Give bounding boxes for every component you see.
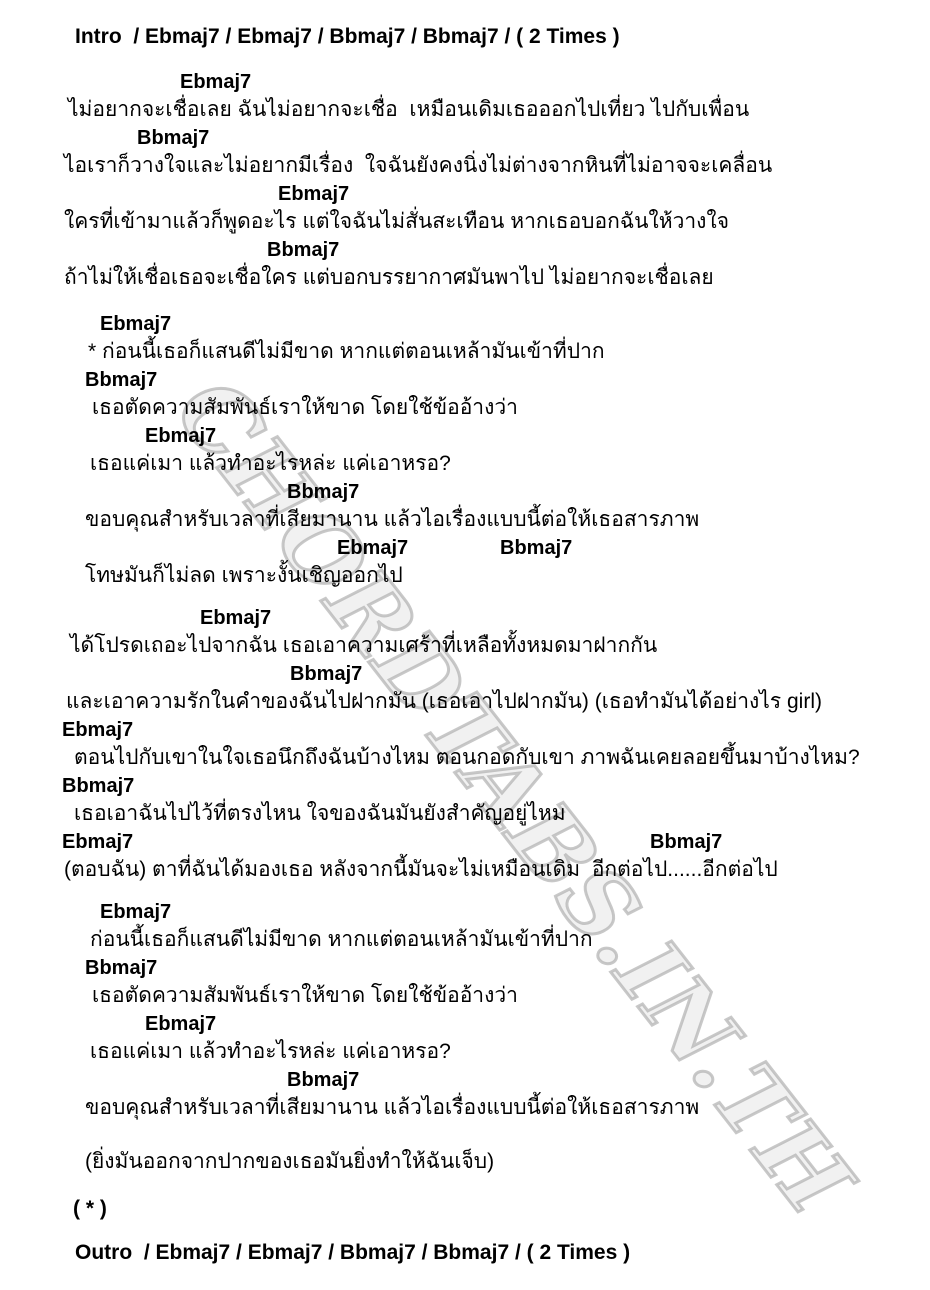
- lyric-line: ตอนไปกับเขาในใจเธอนึกถึงฉันบ้างไหม ตอนกอ…: [74, 744, 930, 772]
- lyric-line: (ตอบฉัน) ตาที่ฉันได้มองเธอ หลังจากนี้มัน…: [64, 856, 930, 884]
- lyric-line: ถ้าไม่ให้เชื่อเธอจะเชื่อใคร แต่บอกบรรยาก…: [64, 264, 930, 292]
- chord-label: Bbmaj7: [290, 660, 930, 688]
- chord-label: Bbmaj7: [137, 124, 930, 152]
- chorus-1: Ebmaj7 * ก่อนนี้เธอก็แสนดีไม่มีขาด หากแต…: [0, 310, 930, 590]
- lyric-line: ได้โปรดเถอะไปจากฉัน เธอเอาความเศร้าที่เห…: [70, 632, 930, 660]
- chorus-2: Ebmaj7 ก่อนนี้เธอก็แสนดีไม่มีขาด หากแต่ต…: [0, 898, 930, 1122]
- lyric-line: ขอบคุณสำหรับเวลาที่เสียมานาน แล้วไอเรื่อ…: [85, 1094, 930, 1122]
- lyric-line: ใครที่เข้ามาแล้วก็พูดอะไร แต่ใจฉันไม่สั่…: [64, 208, 930, 236]
- lyric-line: * ก่อนนี้เธอก็แสนดีไม่มีขาด หากแต่ตอนเหล…: [88, 338, 930, 366]
- lyric-line: โทษมันก็ไม่ลด เพราะงั้นเชิญออกไป: [85, 562, 930, 590]
- chord-label: Bbmaj7: [650, 828, 722, 856]
- bridge-line: (ยิ่งมันออกจากปากของเธอมันยิ่งทำให้ฉันเจ…: [85, 1148, 930, 1176]
- chord-label: Ebmaj7: [62, 716, 930, 744]
- chord-label: Ebmaj7: [180, 68, 930, 96]
- chord-pair-row: Ebmaj7 Bbmaj7: [0, 534, 930, 562]
- intro-line: Intro / Ebmaj7 / Ebmaj7 / Bbmaj7 / Bbmaj…: [75, 22, 930, 52]
- chord-sheet-page: CHORDTABS.IN.TH Intro / Ebmaj7 / Ebmaj7 …: [0, 0, 930, 1290]
- chord-label: Ebmaj7: [200, 604, 930, 632]
- chord-label: Bbmaj7: [267, 236, 930, 264]
- chord-label: Ebmaj7: [145, 1010, 930, 1038]
- chord-label: Bbmaj7: [500, 534, 572, 562]
- chord-label: Bbmaj7: [85, 366, 930, 394]
- verse-2: Ebmaj7 ได้โปรดเถอะไปจากฉัน เธอเอาความเศร…: [0, 604, 930, 884]
- chord-label: Bbmaj7: [85, 954, 930, 982]
- chord-label: Ebmaj7: [145, 422, 930, 450]
- lyric-line: เธอตัดความสัมพันธ์เราให้ขาด โดยใช้ข้ออ้า…: [92, 394, 930, 422]
- chord-label: Bbmaj7: [287, 478, 930, 506]
- verse-1: Ebmaj7 ไม่อยากจะเชื่อเลย ฉันไม่อยากจะเชื…: [0, 68, 930, 292]
- lyric-line: และเอาความรักในคำของฉันไปฝากมัน (เธอเอาไ…: [66, 688, 930, 716]
- lyric-line: ไอเราก็วางใจและไม่อยากมีเรื่อง ใจฉันยังค…: [64, 152, 930, 180]
- chord-label: Bbmaj7: [62, 772, 930, 800]
- lyric-line: เธอแค่เมา แล้วทำอะไรหล่ะ แค่เอาหรอ?: [90, 1038, 930, 1066]
- chord-pair-row: Ebmaj7 Bbmaj7: [0, 828, 930, 856]
- outro-line: Outro / Ebmaj7 / Ebmaj7 / Bbmaj7 / Bbmaj…: [75, 1238, 930, 1268]
- lyric-line: ก่อนนี้เธอก็แสนดีไม่มีขาด หากแต่ตอนเหล้า…: [90, 926, 930, 954]
- lyric-line: ขอบคุณสำหรับเวลาที่เสียมานาน แล้วไอเรื่อ…: [85, 506, 930, 534]
- chord-label: Bbmaj7: [287, 1066, 930, 1094]
- chord-label: Ebmaj7: [100, 898, 930, 926]
- chord-label: Ebmaj7: [278, 180, 930, 208]
- lyric-line: เธอแค่เมา แล้วทำอะไรหล่ะ แค่เอาหรอ?: [90, 450, 930, 478]
- lyric-line: เธอเอาฉันไปไว้ที่ตรงไหน ใจของฉันมันยังสำ…: [74, 800, 930, 828]
- chord-label: Ebmaj7: [62, 828, 133, 856]
- repeat-mark: ( * ): [73, 1194, 930, 1224]
- lyric-line: ไม่อยากจะเชื่อเลย ฉันไม่อยากจะเชื่อ เหมื…: [68, 96, 930, 124]
- chord-label: Ebmaj7: [100, 310, 930, 338]
- lyric-line: เธอตัดความสัมพันธ์เราให้ขาด โดยใช้ข้ออ้า…: [92, 982, 930, 1010]
- chord-label: Ebmaj7: [337, 534, 408, 562]
